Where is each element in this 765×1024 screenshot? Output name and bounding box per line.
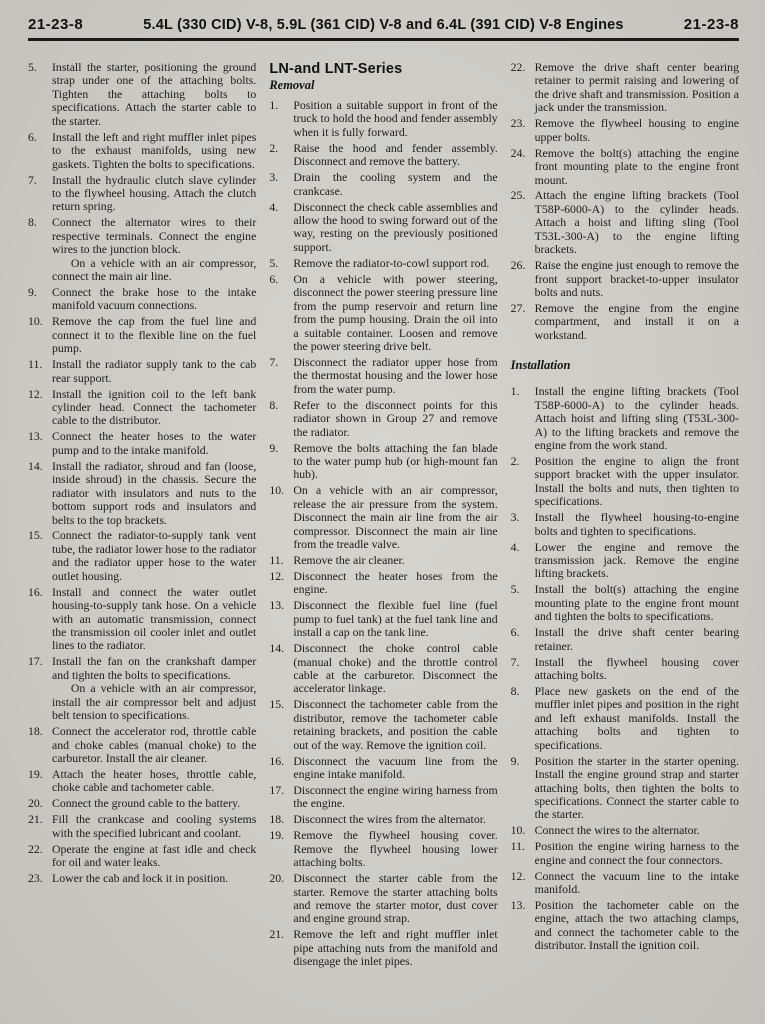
- list-item: 12.Connect the vacuum line to the intake…: [511, 870, 739, 897]
- item-text: Remove the flywheel housing to engine up…: [535, 117, 739, 144]
- item-number: 20.: [269, 872, 293, 926]
- page-header: 21-23-8 5.4L (330 CID) V-8, 5.9L (361 CI…: [28, 16, 739, 33]
- item-text: Remove the cap from the fuel line and co…: [52, 315, 256, 355]
- item-text: Remove the bolts attaching the fan blade…: [293, 442, 497, 482]
- list-item: 15.Connect the radiator-to-supply tank v…: [28, 529, 256, 583]
- item-number: 26.: [511, 259, 535, 299]
- list-item: 11.Install the radiator supply tank to t…: [28, 358, 256, 385]
- item-text: Remove the engine from the engine compar…: [535, 302, 739, 342]
- list-item: 8.Refer to the disconnect points for thi…: [269, 399, 497, 439]
- item-text: Lower the engine and remove the transmis…: [535, 541, 739, 581]
- item-number: 4.: [511, 541, 535, 581]
- item-number: 9.: [511, 755, 535, 822]
- item-number: 1.: [511, 385, 535, 452]
- item-text: Install the ignition coil to the left ba…: [52, 388, 256, 428]
- item-number: 1.: [269, 99, 293, 139]
- item-number: 17.: [269, 784, 293, 811]
- list-item: 18.Connect the accelerator rod, throttle…: [28, 725, 256, 765]
- list-item: 14.Install the radiator, shroud and fan …: [28, 460, 256, 527]
- manual-page: 21-23-8 5.4L (330 CID) V-8, 5.9L (361 CI…: [0, 0, 765, 1024]
- item-text: Position the engine to align the front s…: [535, 455, 739, 509]
- item-number: 7.: [28, 174, 52, 214]
- list-item: 24.Remove the bolt(s) attaching the engi…: [511, 147, 739, 187]
- item-text: Disconnect the vacuum line from the engi…: [293, 755, 497, 782]
- list-item: 11.Position the engine wiring harness to…: [511, 840, 739, 867]
- item-text: Position the engine wiring harness to th…: [535, 840, 739, 867]
- item-number: 7.: [511, 656, 535, 683]
- column-layout: 5.Install the starter, positioning the g…: [28, 61, 739, 971]
- list-item: 9.Connect the brake hose to the intake m…: [28, 286, 256, 313]
- list-item: 19.Attach the heater hoses, throttle cab…: [28, 768, 256, 795]
- item-number: 16.: [28, 586, 52, 653]
- item-text: Disconnect the check cable assemblies an…: [293, 201, 497, 255]
- item-text: Connect the ground cable to the battery.: [52, 797, 256, 810]
- list-item: 10.Connect the wires to the alternator.: [511, 824, 739, 837]
- list-item: 22.Operate the engine at fast idle and c…: [28, 843, 256, 870]
- item-number: 18.: [269, 813, 293, 826]
- item-number: 27.: [511, 302, 535, 342]
- item-number: 5.: [269, 257, 293, 270]
- item-number: 17.: [28, 655, 52, 722]
- item-number: 8.: [28, 216, 52, 283]
- series-heading: LN-and LNT-Series: [269, 61, 497, 77]
- item-text: Disconnect the engine wiring harness fro…: [293, 784, 497, 811]
- list-item: 23.Lower the cab and lock it in position…: [28, 872, 256, 885]
- item-text: Connect the wires to the alternator.: [535, 824, 739, 837]
- item-number: 8.: [511, 685, 535, 752]
- item-text: Install the radiator, shroud and fan (lo…: [52, 460, 256, 527]
- item-text: Remove the flywheel housing cover. Remov…: [293, 829, 497, 869]
- item-number: 11.: [28, 358, 52, 385]
- list-item: 15.Disconnect the tachometer cable from …: [269, 698, 497, 752]
- item-text: Connect the vacuum line to the intake ma…: [535, 870, 739, 897]
- list-item: 16.Install and connect the water outlet …: [28, 586, 256, 653]
- item-text: Raise the engine just enough to remove t…: [535, 259, 739, 299]
- item-text: Attach the heater hoses, throttle cable,…: [52, 768, 256, 795]
- item-number: 22.: [511, 61, 535, 115]
- list-item: 7.Install the hydraulic clutch slave cyl…: [28, 174, 256, 214]
- item-text: Connect the accelerator rod, throttle ca…: [52, 725, 256, 765]
- item-number: 15.: [269, 698, 293, 752]
- list-item: 14.Disconnect the choke control cable (m…: [269, 642, 497, 696]
- list-item: 2.Raise the hood and fender assembly. Di…: [269, 142, 497, 169]
- list-item: 7.Install the flywheel housing cover att…: [511, 656, 739, 683]
- item-number: 6.: [269, 273, 293, 354]
- item-text: Connect the heater hoses to the water pu…: [52, 430, 256, 457]
- list-item: 20.Disconnect the starter cable from the…: [269, 872, 497, 926]
- item-number: 6.: [511, 626, 535, 653]
- list-item: 21.Remove the left and right muffler inl…: [269, 928, 497, 968]
- list-item: 6.On a vehicle with power steering, disc…: [269, 273, 497, 354]
- list-item: 12.Install the ignition coil to the left…: [28, 388, 256, 428]
- item-number: 6.: [28, 131, 52, 171]
- item-text: Install the fan on the crankshaft damper…: [52, 655, 256, 722]
- list-item: 13.Connect the heater hoses to the water…: [28, 430, 256, 457]
- item-number: 22.: [28, 843, 52, 870]
- item-text: Install the hydraulic clutch slave cylin…: [52, 174, 256, 214]
- list-item: 3.Drain the cooling system and the crank…: [269, 171, 497, 198]
- list-item: 10.On a vehicle with an air compressor, …: [269, 484, 497, 551]
- item-number: 5.: [511, 583, 535, 623]
- item-text: Install the flywheel housing-to-engine b…: [535, 511, 739, 538]
- item-number: 18.: [28, 725, 52, 765]
- list-item: 9.Position the starter in the starter op…: [511, 755, 739, 822]
- list-item: 12.Disconnect the heater hoses from the …: [269, 570, 497, 597]
- item-number: 24.: [511, 147, 535, 187]
- item-number: 25.: [511, 189, 535, 256]
- item-number: 4.: [269, 201, 293, 255]
- list-item: 17.Install the fan on the crankshaft dam…: [28, 655, 256, 722]
- removal-procedure-list: 1.Position a suitable support in front o…: [269, 99, 497, 969]
- item-text: Install the flywheel housing cover attac…: [535, 656, 739, 683]
- item-number: 12.: [511, 870, 535, 897]
- item-text: Refer to the disconnect points for this …: [293, 399, 497, 439]
- item-number: 23.: [511, 117, 535, 144]
- list-item: 5.Install the bolt(s) attaching the engi…: [511, 583, 739, 623]
- item-number: 10.: [28, 315, 52, 355]
- item-text: Connect the alternator wires to their re…: [52, 216, 256, 283]
- item-text: Connect the radiator-to-supply tank vent…: [52, 529, 256, 583]
- item-text: Operate the engine at fast idle and chec…: [52, 843, 256, 870]
- item-number: 19.: [28, 768, 52, 795]
- page-number-right: 21-23-8: [684, 16, 739, 33]
- item-text: Remove the drive shaft center bearing re…: [535, 61, 739, 115]
- item-number: 13.: [269, 599, 293, 639]
- item-text: Place new gaskets on the end of the muff…: [535, 685, 739, 752]
- item-text: Disconnect the radiator upper hose from …: [293, 356, 497, 396]
- list-item: 20.Connect the ground cable to the batte…: [28, 797, 256, 810]
- item-text: Disconnect the starter cable from the st…: [293, 872, 497, 926]
- list-item: 7.Disconnect the radiator upper hose fro…: [269, 356, 497, 396]
- item-number: 11.: [511, 840, 535, 867]
- item-text: Drain the cooling system and the crankca…: [293, 171, 497, 198]
- item-text: Install and connect the water outlet hou…: [52, 586, 256, 653]
- item-text: Connect the brake hose to the intake man…: [52, 286, 256, 313]
- item-number: 3.: [269, 171, 293, 198]
- column-left: 5.Install the starter, positioning the g…: [28, 61, 256, 971]
- column-middle: LN-and LNT-Series Removal 1.Position a s…: [269, 61, 497, 971]
- item-text: Install the engine lifting brackets (Too…: [535, 385, 739, 452]
- list-item: 27.Remove the engine from the engine com…: [511, 302, 739, 342]
- item-number: 10.: [269, 484, 293, 551]
- item-number: 3.: [511, 511, 535, 538]
- list-item: 21.Fill the crankcase and cooling system…: [28, 813, 256, 840]
- item-number: 21.: [28, 813, 52, 840]
- list-item: 4.Disconnect the check cable assemblies …: [269, 201, 497, 255]
- item-number: 8.: [269, 399, 293, 439]
- item-number: 5.: [28, 61, 52, 128]
- item-number: 19.: [269, 829, 293, 869]
- list-item: 11.Remove the air cleaner.: [269, 554, 497, 567]
- item-number: 14.: [269, 642, 293, 696]
- item-number: 9.: [269, 442, 293, 482]
- installation-procedure-list: 1.Install the engine lifting brackets (T…: [511, 385, 739, 953]
- item-text: Position a suitable support in front of …: [293, 99, 497, 139]
- item-number: 10.: [511, 824, 535, 837]
- item-text: Remove the left and right muffler inlet …: [293, 928, 497, 968]
- item-number: 9.: [28, 286, 52, 313]
- item-number: 14.: [28, 460, 52, 527]
- page-number-left: 21-23-8: [28, 16, 83, 33]
- item-number: 13.: [28, 430, 52, 457]
- item-text: On a vehicle with power steering, discon…: [293, 273, 497, 354]
- removal-procedure-list-continued: 22.Remove the drive shaft center bearing…: [511, 61, 739, 342]
- list-item: 22.Remove the drive shaft center bearing…: [511, 61, 739, 115]
- list-item: 19.Remove the flywheel housing cover. Re…: [269, 829, 497, 869]
- item-number: 12.: [28, 388, 52, 428]
- list-item: 4.Lower the engine and remove the transm…: [511, 541, 739, 581]
- item-text: Position the tachometer cable on the eng…: [535, 899, 739, 953]
- list-item: 1.Position a suitable support in front o…: [269, 99, 497, 139]
- list-item: 5.Install the starter, positioning the g…: [28, 61, 256, 128]
- item-text: Fill the crankcase and cooling systems w…: [52, 813, 256, 840]
- item-number: 16.: [269, 755, 293, 782]
- item-number: 21.: [269, 928, 293, 968]
- page-title: 5.4L (330 CID) V-8, 5.9L (361 CID) V-8 a…: [83, 17, 684, 33]
- item-text: Disconnect the heater hoses from the eng…: [293, 570, 497, 597]
- list-item: 6.Install the left and right muffler inl…: [28, 131, 256, 171]
- list-item: 23.Remove the flywheel housing to engine…: [511, 117, 739, 144]
- item-number: 20.: [28, 797, 52, 810]
- item-text: Install the radiator supply tank to the …: [52, 358, 256, 385]
- item-text: Remove the radiator-to-cowl support rod.: [293, 257, 497, 270]
- list-item: 9.Remove the bolts attaching the fan bla…: [269, 442, 497, 482]
- item-text: Disconnect the tachometer cable from the…: [293, 698, 497, 752]
- item-text: Disconnect the flexible fuel line (fuel …: [293, 599, 497, 639]
- item-number: 23.: [28, 872, 52, 885]
- item-number: 2.: [269, 142, 293, 169]
- list-item: 13.Disconnect the flexible fuel line (fu…: [269, 599, 497, 639]
- list-item: 26.Raise the engine just enough to remov…: [511, 259, 739, 299]
- removal-subheading: Removal: [269, 78, 497, 93]
- item-number: 7.: [269, 356, 293, 396]
- list-item: 17.Disconnect the engine wiring harness …: [269, 784, 497, 811]
- list-item: 1.Install the engine lifting brackets (T…: [511, 385, 739, 452]
- list-item: 2.Position the engine to align the front…: [511, 455, 739, 509]
- item-text: Disconnect the choke control cable (manu…: [293, 642, 497, 696]
- item-text: Raise the hood and fender assembly. Disc…: [293, 142, 497, 169]
- item-text: Install the left and right muffler inlet…: [52, 131, 256, 171]
- item-number: 12.: [269, 570, 293, 597]
- item-number: 11.: [269, 554, 293, 567]
- item-text: Install the bolt(s) attaching the engine…: [535, 583, 739, 623]
- item-text: Disconnect the wires from the alternator…: [293, 813, 497, 826]
- item-text: On a vehicle with an air compressor, rel…: [293, 484, 497, 551]
- list-item: 8.Connect the alternator wires to their …: [28, 216, 256, 283]
- list-item: 13.Position the tachometer cable on the …: [511, 899, 739, 953]
- column-right: 22.Remove the drive shaft center bearing…: [511, 61, 739, 971]
- item-text: Remove the air cleaner.: [293, 554, 497, 567]
- header-rule: [28, 38, 739, 41]
- list-item: 6.Install the drive shaft center bearing…: [511, 626, 739, 653]
- item-text: Attach the engine lifting brackets (Tool…: [535, 189, 739, 256]
- item-text: Install the drive shaft center bearing r…: [535, 626, 739, 653]
- item-number: 15.: [28, 529, 52, 583]
- list-item: 3.Install the flywheel housing-to-engine…: [511, 511, 739, 538]
- list-item: 8.Place new gaskets on the end of the mu…: [511, 685, 739, 752]
- item-text: Remove the bolt(s) attaching the engine …: [535, 147, 739, 187]
- list-item: 10.Remove the cap from the fuel line and…: [28, 315, 256, 355]
- item-number: 2.: [511, 455, 535, 509]
- installation-subheading: Installation: [511, 358, 739, 373]
- item-text: Install the starter, positioning the gro…: [52, 61, 256, 128]
- item-text: Position the starter in the starter open…: [535, 755, 739, 822]
- list-item: 25.Attach the engine lifting brackets (T…: [511, 189, 739, 256]
- list-item: 16.Disconnect the vacuum line from the e…: [269, 755, 497, 782]
- item-text: Lower the cab and lock it in position.: [52, 872, 256, 885]
- item-number: 13.: [511, 899, 535, 953]
- list-item: 5.Remove the radiator-to-cowl support ro…: [269, 257, 497, 270]
- left-procedure-list: 5.Install the starter, positioning the g…: [28, 61, 256, 885]
- list-item: 18.Disconnect the wires from the alterna…: [269, 813, 497, 826]
